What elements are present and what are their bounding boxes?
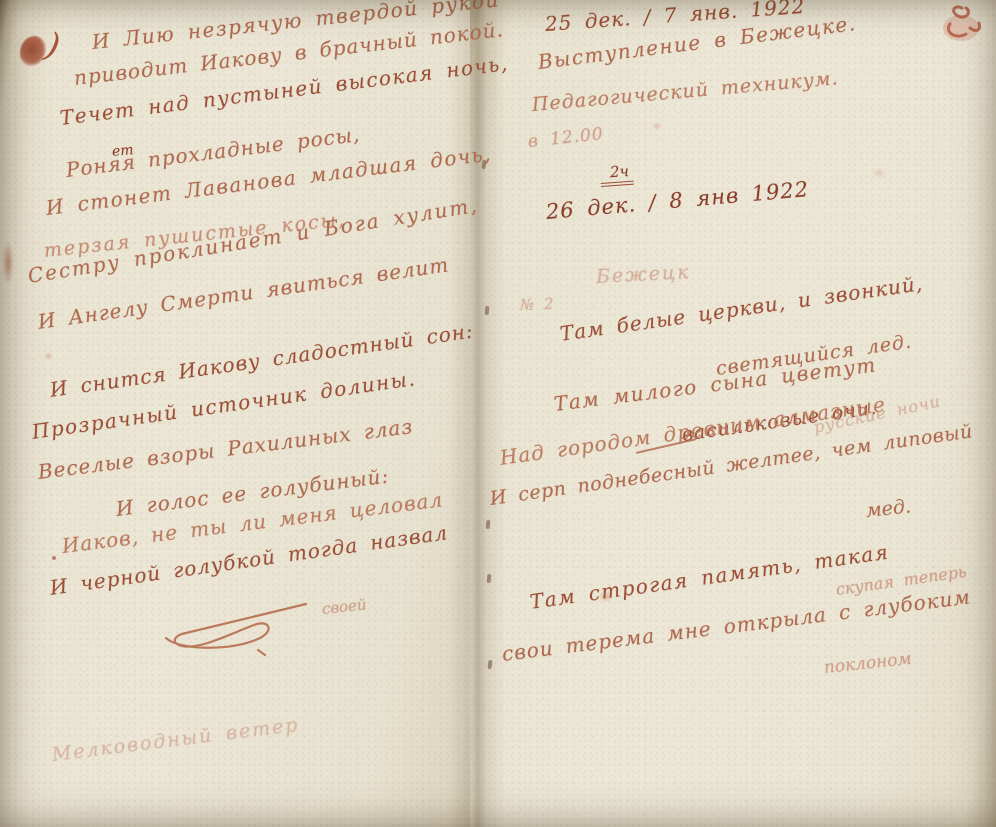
poem-line: мед. [865, 495, 912, 522]
ink-dot [52, 556, 56, 560]
number-mark: № 2 [520, 295, 554, 314]
ink-blot-squiggle [928, 2, 986, 54]
manuscript-photo: ) И Лию незрячую твердой рукой приводит … [0, 0, 996, 827]
time-annotation-text: 2ч [599, 162, 633, 187]
stitch-hole [487, 574, 492, 583]
signature-flourish [158, 592, 328, 660]
stitch-hole [485, 306, 490, 315]
time-annotation: 2ч [599, 162, 633, 182]
